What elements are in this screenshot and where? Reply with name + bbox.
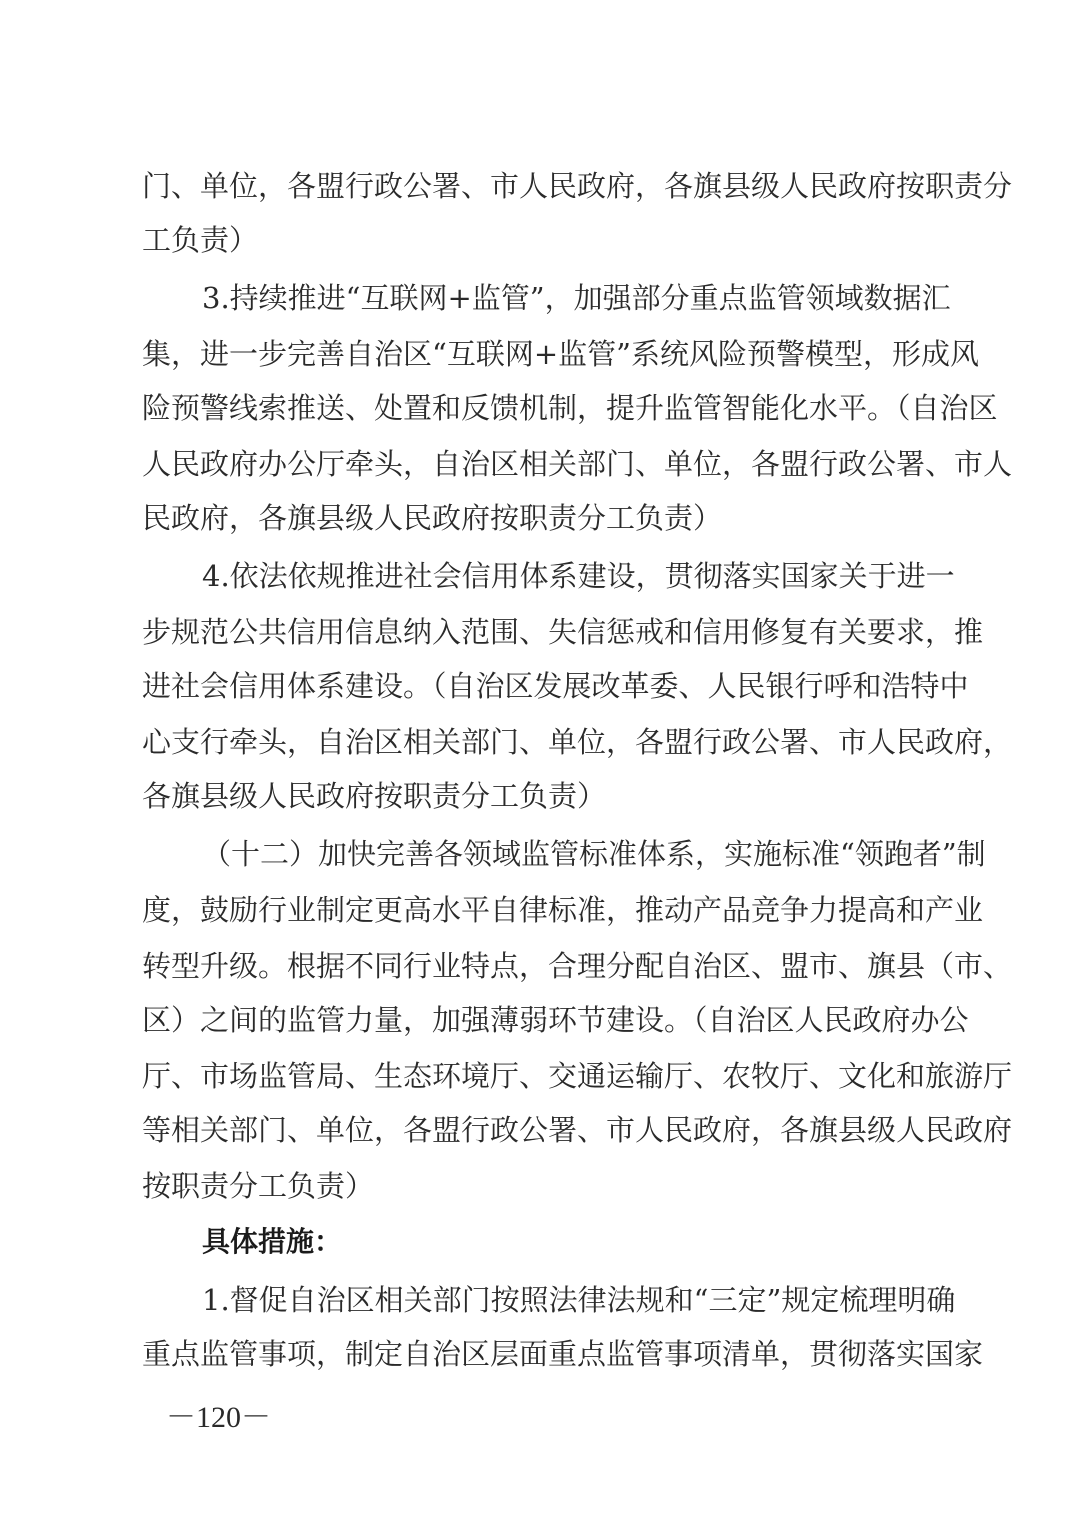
text-line: 人民政府办公厅牵头，自治区相关部门、单位，各盟行政公署、市人 — [142, 444, 942, 484]
page-number: －120－ — [166, 1398, 271, 1438]
text-line: 区）之间的监管力量，加强薄弱环节建设。（自治区人民政府办公 — [142, 1000, 942, 1040]
text-line: 各旗县级人民政府按职责分工负责） — [142, 776, 942, 816]
text-line: 厅、市场监管局、生态环境厅、交通运输厅、农牧厅、文化和旅游厅 — [142, 1056, 942, 1096]
section-twelve-line: （十二）加快完善各领域监管标准体系，实施标准“领跑者”制 — [202, 834, 942, 874]
text-line: 民政府，各旗县级人民政府按职责分工负责） — [142, 498, 942, 538]
text-line: 门、单位，各盟行政公署、市人民政府，各旗县级人民政府按职责分 — [142, 166, 942, 206]
text-line: 度，鼓励行业制定更高水平自律标准，推动产品竞争力提高和产业 — [142, 890, 942, 930]
text-line: 按职责分工负责） — [142, 1166, 942, 1206]
text-line: 步规范公共信用信息纳入范围、失信惩戒和信用修复有关要求，推 — [142, 612, 942, 652]
text-line: 工负责） — [142, 220, 942, 260]
text-line: 心支行牵头，自治区相关部门、单位，各盟行政公署、市人民政府， — [142, 722, 942, 762]
measure-item-1-line: 1.督促自治区相关部门按照法律法规和“三定”规定梳理明确 — [202, 1280, 942, 1320]
section-heading: 具体措施： — [202, 1222, 342, 1262]
paragraph-item-3-line: 3.持续推进“互联网+监管”，加强部分重点监管领域数据汇 — [202, 278, 942, 318]
text-line: 险预警线索推送、处置和反馈机制，提升监管智能化水平。（自治区 — [142, 388, 942, 428]
text-line: 进社会信用体系建设。（自治区发展改革委、人民银行呼和浩特中 — [142, 666, 942, 706]
paragraph-item-4-line: 4.依法依规推进社会信用体系建设，贯彻落实国家关于进一 — [202, 556, 942, 596]
text-line: 集，进一步完善自治区“互联网+监管”系统风险预警模型，形成风 — [142, 334, 942, 374]
text-line: 等相关部门、单位，各盟行政公署、市人民政府，各旗县级人民政府 — [142, 1110, 942, 1150]
text-line: 重点监管事项，制定自治区层面重点监管事项清单，贯彻落实国家 — [142, 1334, 942, 1374]
text-line: 转型升级。根据不同行业特点，合理分配自治区、盟市、旗县（市、 — [142, 946, 942, 986]
